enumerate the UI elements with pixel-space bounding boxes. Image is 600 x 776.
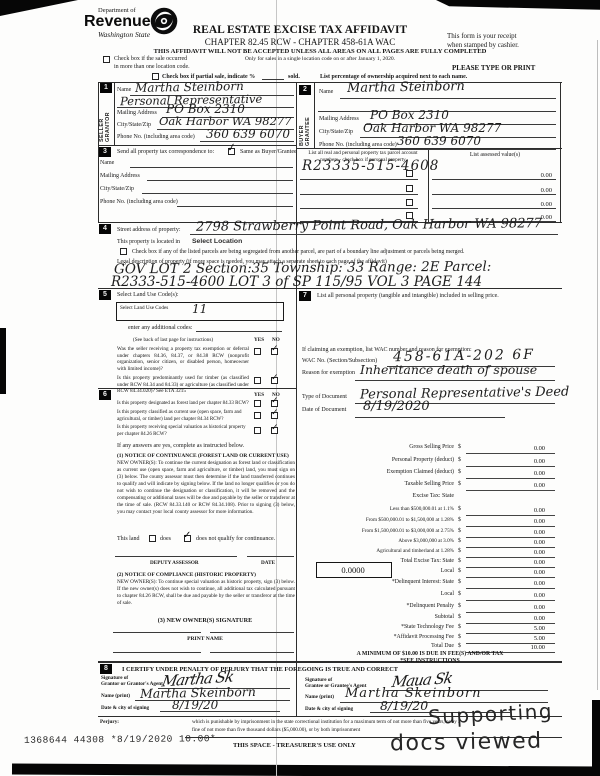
parcel-line-1 [300,179,418,180]
money-line: 0.00 [466,453,555,454]
street-address-value: 2798 Strawberry Point Road, Oak Harbor W… [196,216,542,235]
type-of-document-label: Type of Document [302,394,347,401]
grantee-date-city-label: Date & city of signing [305,706,353,713]
cashier-stamp-text: 1368644 44308 *8/19/2020 10.00* [24,733,216,746]
land-use-label: Select Land Use Code(s): [117,292,178,299]
dollar-sign: $ [458,528,461,534]
minimum-due-note: A MINIMUM OF $10.00 IS DUE IN FEE(S) AND… [310,651,550,657]
frame-line-seller-label [114,82,115,145]
scan-artifact-bottom-bar [12,763,600,776]
assessed-value-3: 0.00 [480,201,552,208]
seller-mailing-label: Mailing Address [117,110,157,117]
money-value: 0.00 [534,549,545,556]
money-label: Less than $500,000.01 at 1.1% [302,506,454,512]
land-does-checkbox [149,535,156,542]
see-instructions-note: *SEE INSTRUCTIONS [310,658,550,664]
buyer-mailing-label: Mailing Address [319,116,359,123]
multi-location-label-2: in more than one location code. [114,64,190,71]
buyer-name-label: Name [319,89,333,96]
money-label: *Delinquent Penalty [302,603,454,609]
personal-property-checkbox-1 [406,170,413,177]
seller-city-value: Oak Harbor WA 98277 [159,114,292,128]
section5-number: 5 [99,290,111,300]
s6-yes-header: YES [254,392,264,399]
reason-value: Inheritance death of spouse [360,362,537,377]
money-row-tier2: From $500,000.01 to $1,500,000 at 1.28% … [302,516,558,527]
revenue-swirl-icon [150,7,178,35]
dollar-sign: $ [458,481,461,487]
reason-label: Reason for exemption [302,370,355,377]
dollar-sign: $ [458,624,461,630]
reason-line [355,380,555,381]
buyer-side-label-2: GRANTEE [305,117,311,146]
s5-q1-yes-checkbox [254,348,261,355]
multi-location-label-1: Check box if the sale occurred [114,56,187,63]
corr-phone-label: Phone No. (including area code) [100,199,178,206]
land-use-box-placeholder: Select Land Use Codes [120,305,168,312]
money-value: 0.00 [534,539,545,546]
section7-number: 7 [299,291,311,301]
s5-q2-yes-checkbox [254,377,261,384]
scan-artifact-left-edge [0,328,6,394]
located-in-label: This property is located in [117,239,180,246]
assessed-header: List assessed value(s) [435,152,555,159]
frame-line-buyer-label [314,82,315,148]
date-of-document-line [355,417,505,418]
assessed-line-2 [432,194,556,195]
money-value: 0.00 [534,445,545,452]
logo-washington-state: Washington State [98,31,150,39]
s5-q1-no-checkmark: ✓ [271,345,279,354]
notice2-body: NEW OWNER(S): To continue special valuat… [117,579,295,607]
money-label: *Affidavit Processing Fee [302,634,454,640]
dollar-sign: $ [458,643,461,649]
money-value: 0.00 [534,592,545,599]
form-title: REAL ESTATE EXCISE TAX AFFIDAVIT [175,24,425,36]
s5-question-1: Was the seller receiving a property tax … [117,346,249,372]
seller-grantor-side-label: SELLER GRANTOR [100,96,112,142]
form-only-note: Only for sales in a single location code… [180,56,460,62]
s6-question-3: Is this property receiving special valua… [117,425,253,438]
segregated-label: Check box if any of the listed parcels a… [132,249,562,256]
s6-q3-yes-checkbox [254,427,261,434]
deputy-assessor-line [115,556,237,557]
money-label: Taxable Selling Price [302,481,454,487]
multi-location-checkbox [103,56,110,63]
deputy-date-line [247,556,294,557]
owner-sig-line-2b [210,652,294,653]
owner-sig-line-1a [113,632,201,633]
money-row-gross: Gross Selling Price $ 0.00 [302,443,558,454]
seller-phone-label: Phone No. (including area code) [117,134,195,141]
dollar-sign: $ [458,538,461,544]
buyer-grantee-side-label: BUYER GRANTEE [300,100,312,146]
supporting-note-line2: docs viewed [390,729,543,757]
buyer-city-label: City/State/Zip [319,129,353,136]
if-yes-note: If any answers are yes, complete as inst… [117,443,244,450]
dollar-sign: $ [458,603,461,609]
date-of-document-value: 8/19/2020 [363,399,430,414]
buyer-mailing-value: PO Box 2310 [370,108,449,122]
s5-q2-no-checkmark: ✓ [271,374,279,383]
scan-artifact-top-left [0,0,78,16]
money-value: 0.00 [534,507,545,514]
parcel-line-2 [300,194,418,195]
partial-sale-blank-line [262,79,284,80]
form-chapter: CHAPTER 82.45 RCW - CHAPTER 458-61A WAC [175,37,425,47]
grantee-date-value: 8/19/20 [380,698,428,713]
additional-codes-label: enter any additional codes: [128,325,192,332]
money-value: 0.00 [534,580,545,587]
money-label: Local [302,568,454,574]
segregated-checkbox [120,248,127,255]
money-label: Personal Property (deduct) [302,457,454,463]
s6-question-1: Is this property designated as forest la… [117,401,253,408]
s6-question-2: Is this property classified as current u… [117,410,253,423]
frame-line-right-s3 [560,148,561,222]
money-line: 0.00 [466,600,555,601]
date-of-document-label: Date of Document [302,407,346,414]
deputy-date-label: DATE [261,560,275,567]
additional-codes-line [196,331,282,332]
money-value: 0.00 [534,529,545,536]
same-as-buyer-label: Same as Buyer/Grantee [240,149,297,156]
grantor-date-value: 8/19/20 [172,698,218,712]
section6-number: 6 [99,390,111,400]
money-label: Above $3,000,000 at 3.0% [302,538,454,544]
perjury-label: Perjury: [100,719,119,726]
corr-mailing-label: Mailing Address [100,173,140,180]
this-land-label: This land [117,536,140,543]
money-value: 5.00 [534,625,545,632]
money-value: 0.00 [534,470,545,477]
money-line: 0.00 [466,490,555,491]
money-line: 0.00 [466,478,555,479]
dollar-sign: $ [458,469,461,475]
frame-line-s3-left [98,145,296,146]
section4-number: 4 [99,224,111,234]
money-value: 0.00 [534,559,545,566]
parcel-line-3 [300,208,418,209]
dollar-sign: $ [458,634,461,640]
scan-artifact-bottom-right-edge [592,700,600,776]
section1-number: 1 [100,83,112,93]
street-address-label: Street address of property: [117,227,180,234]
seller-phone-value: 360 639 6070 [206,127,290,141]
section3-number: 3 [99,147,111,157]
money-label: Subtotal [302,614,454,620]
money-row-taxable: Taxable Selling Price $ 0.00 [302,480,558,491]
assessed-value-2: 0.00 [480,187,552,194]
buyer-name-line [340,98,556,99]
money-label: From $500,000.01 to $1,500,000 at 1.28% [302,517,454,523]
located-in-value: Select Location [192,238,242,246]
money-label: From $1,500,000.01 to $3,000,000 at 2.75… [302,528,454,534]
seller-side-label-2: GRANTOR [105,112,111,142]
corr-name-label: Name [100,160,114,167]
grantee-name-print-label: Name (print) [305,694,334,701]
money-label: Gross Selling Price [302,444,454,450]
right-edge-line [597,40,598,690]
money-value: 0.00 [534,518,545,525]
parcel-number-value: R23335-515-4608 [302,158,439,174]
money-label: Agricultural and timberland at 1.28% [302,548,454,554]
notice1-body: NEW OWNER(S): To continue the current de… [117,460,295,516]
dollar-sign: $ [458,506,461,512]
s5-no-header: NO [272,337,280,344]
assessed-value-1: 0.00 [480,172,552,179]
money-label: Local [302,591,454,597]
print-name-label: PRINT NAME [155,636,255,643]
dollar-sign: $ [458,579,461,585]
corr-city-label: City/State/Zip [100,186,134,193]
s5-question-2: Is this property predominantly used for … [117,375,249,395]
scanned-affidavit-page: Department of Revenue Washington State R… [0,0,600,776]
receipt-note-line2: when stamped by cashier. [447,42,519,49]
grantor-date-city-label: Date & city of signing [101,705,149,712]
money-label: Total Due [302,643,454,649]
buyer-name-value: Martha Steinborn [347,79,465,96]
corr-mailing-line [147,180,293,181]
excise-tax-state-header: Excise Tax: State [302,493,454,499]
street-address-line [190,234,558,235]
seller-phone-line [200,141,294,142]
buyer-phone-label: Phone No. (including area code) [319,142,397,149]
money-value: 0.00 [534,615,545,622]
land-does-not-checkmark: ✓ [183,531,191,540]
money-value: 0.00 [534,569,545,576]
land-use-code-value: 11 [192,302,207,316]
notice1-title: (1) NOTICE OF CONTINUANCE (FOREST LAND O… [117,453,289,460]
corr-name-line [130,167,293,168]
dollar-sign: $ [458,444,461,450]
seller-name-label: Name [117,87,131,94]
corr-city-line [142,193,293,194]
section2-number: 2 [299,85,311,95]
land-does-label: does [160,536,171,543]
money-row-delinquent-penalty: *Delinquent Penalty $ 0.00 [302,602,558,613]
money-line: 0.00 [466,588,555,589]
new-owners-signature-label: (3) NEW OWNER(S) SIGNATURE [130,617,280,624]
money-value: 0.00 [534,604,545,611]
buyer-city-value: Oak Harbor WA 98277 [363,121,501,135]
money-label: *State Technology Fee [302,624,454,630]
treasurer-space-label: THIS SPACE - TREASURER'S USE ONLY [233,742,356,749]
money-row-delinquent-local: Local $ 0.00 [302,590,558,601]
dollar-sign: $ [458,591,461,597]
dollar-sign: $ [458,548,461,554]
receipt-note-line1: This form is your receipt [447,33,517,40]
frame-line-center [296,82,297,662]
personal-property-checkbox-2 [406,185,413,192]
money-line: 0.00 [466,466,555,467]
owner-sig-line-1b [210,632,294,633]
personal-property-checkbox-3 [406,199,413,206]
money-label: Exemption Claimed (deduct) [302,469,454,475]
seller-city-label: City/State/Zip [117,122,151,129]
money-row-local: Local $ 0.00 [302,567,558,578]
grantor-date-line [160,711,280,712]
s6-q2-yes-checkbox [254,412,261,419]
dollar-sign: $ [458,457,461,463]
owner-sig-line-2a [113,652,201,653]
s6-q1-no-checkmark: ✓ [271,397,279,406]
money-row-exemption: Exemption Claimed (deduct) $ 0.00 [302,468,558,479]
personal-property-label: List all personal property (tangible and… [317,293,557,300]
money-value: 0.00 [534,458,545,465]
scan-artifact-top-right [436,0,600,14]
assessed-line-1 [432,179,556,180]
logo-revenue: Revenue [84,14,151,30]
dollar-sign: $ [458,614,461,620]
money-row-tier1: Less than $500,000.01 at 1.1% $ 0.00 [302,505,558,516]
money-value: 0.00 [534,482,545,489]
grantor-name-print-label: Name (print) [101,693,130,700]
partial-sale-sold: sold. [288,74,300,81]
s6-q1-yes-checkbox [254,400,261,407]
deputy-assessor-label: DEPUTY ASSESSOR [150,560,199,567]
please-type-or-print: PLEASE TYPE OR PRINT [452,64,535,72]
s6-q2-no-checkmark: ✓ [271,409,279,418]
section3-send-label: Send all property tax correspondence to: [117,149,214,156]
buyer-phone-value: 360 639 6070 [397,134,481,148]
money-value: 10.00 [531,644,545,651]
form-warning: THIS AFFIDAVIT WILL NOT BE ACCEPTED UNLE… [120,48,520,55]
money-value: 5.00 [534,635,545,642]
legal-description-line2: R2333-515-4600 LOT 3 of SP 115/95 VOL 3 … [111,274,482,290]
s6-q3-no-checkmark: ✓ [271,424,279,433]
same-as-buyer-checkmark: ✓ [226,142,236,152]
land-does-not-label: does not qualify for continuance. [196,536,275,543]
corr-phone-line [177,206,293,207]
money-label: *Delinquent Interest: State [302,579,454,585]
notice2-title: (2) NOTICE OF COMPLIANCE (HISTORIC PROPE… [117,572,256,579]
dollar-sign: $ [458,517,461,523]
assessed-line-3 [432,208,556,209]
dollar-sign: $ [458,558,461,564]
s5-yes-header: YES [254,337,264,344]
money-row-delinquent-interest: *Delinquent Interest: State $ 0.00 [302,578,558,589]
agency-logo: Department of Revenue Washington State [84,6,179,46]
money-row-personal-property: Personal Property (deduct) $ 0.00 [302,456,558,467]
partial-sale-checkbox [152,73,159,80]
section8-number: 8 [100,664,112,674]
instructions-note: (See back of last page for instructions) [133,337,213,344]
dollar-sign: $ [458,568,461,574]
